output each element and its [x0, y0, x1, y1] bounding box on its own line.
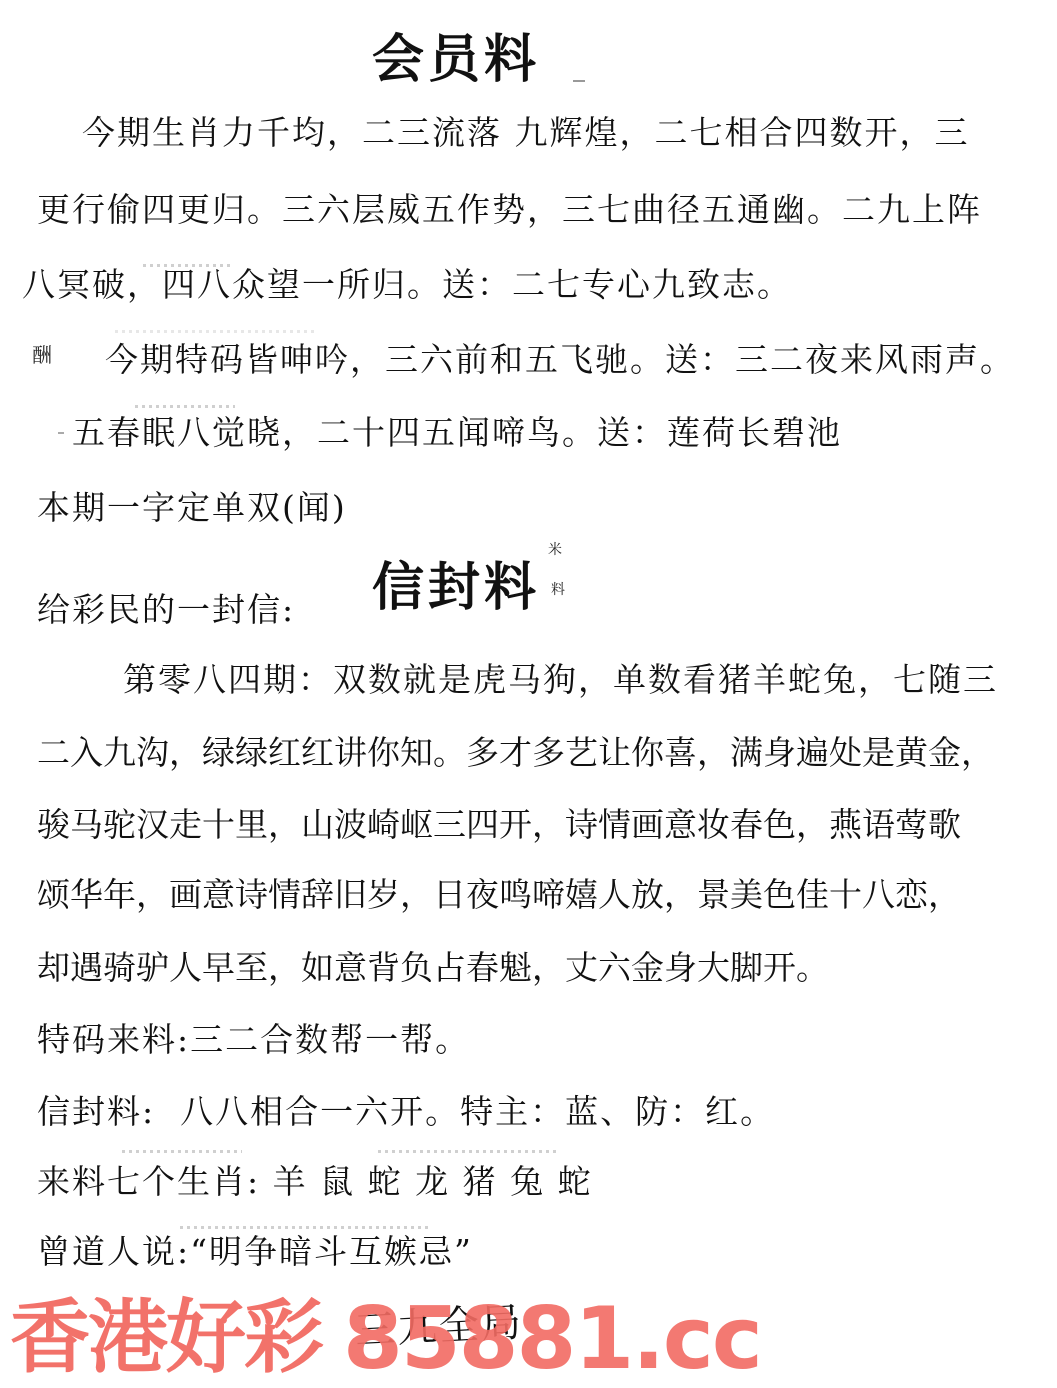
item-value: 八八相合一六开。特主：蓝、防：红。	[180, 1092, 775, 1131]
item-label: 特码来料:	[37, 1020, 190, 1059]
scan-artifact-dots	[115, 330, 315, 333]
item-special-code: 特码来料:三二合数帮一帮。	[37, 1020, 470, 1060]
document-page: 会员料 今期生肖力千均，二三流落 九辉煌，二七相合四数开，三 更行偷四更归。三六…	[0, 0, 1057, 1388]
letter-section-title: 信封料	[372, 558, 540, 618]
item-value: 羊 鼠 蛇 龙 猪 兔 蛇	[273, 1162, 593, 1201]
watermark-domain: 85881.cc	[343, 1296, 761, 1382]
member-line-5: 五春眠八觉晓，二十四五闻啼鸟。送：莲荷长碧池	[72, 413, 842, 453]
member-line-2: 更行偷四更归。三六层威五作势，三七曲径五通幽。二九上阵	[37, 190, 982, 230]
scan-artifact-dash	[58, 432, 64, 434]
member-line-6: 本期一字定单双(闻)	[37, 488, 347, 528]
title-side-mark-bottom: 料	[551, 583, 565, 597]
margin-fragment: 酬	[32, 348, 52, 362]
letter-label: 给彩民的一封信:	[37, 590, 295, 630]
member-line-3: 八冥破，四八众望一所归。送：二七专心九致志。	[22, 265, 792, 305]
watermark-site-name: 香港好彩	[10, 1298, 322, 1378]
scan-artifact-dots	[135, 405, 235, 408]
item-label: 来料七个生肖:	[37, 1162, 260, 1201]
letter-paragraph-line-5: 却遇骑驴人早至，如意背负占春魁，丈六金身大脚开。	[37, 948, 829, 988]
letter-paragraph-line-1: 第零八四期：双数就是虎马狗，单数看猪羊蛇兔，七随三	[123, 660, 998, 700]
letter-paragraph-line-2: 二入九沟，绿绿红红讲你知。多才多艺让你喜，满身遍处是黄金，	[37, 733, 994, 773]
item-zodiacs: 来料七个生肖: 羊 鼠 蛇 龙 猪 兔 蛇	[37, 1162, 593, 1202]
title-side-mark-top: 米	[548, 543, 562, 557]
scan-artifact-dots	[122, 1150, 242, 1153]
member-line-1: 今期生肖力千均，二三流落 九辉煌，二七相合四数开，三	[82, 113, 970, 153]
letter-paragraph-line-4: 颂华年，画意诗情辞旧岁，日夜鸣啼嬉人放，景美色佳十八恋，	[37, 875, 961, 915]
scan-artifact-dots	[180, 1226, 430, 1229]
item-value: 三二合数帮一帮。	[190, 1020, 470, 1059]
item-value: “明争暗斗互嫉忌”	[190, 1232, 473, 1271]
item-envelope: 信封料: 八八相合一六开。特主：蓝、防：红。	[37, 1092, 775, 1132]
item-label: 信封料:	[37, 1092, 155, 1131]
member-line-4: 今期特码皆呻吟，三六前和五飞驰。送：三二夜来风雨声。	[105, 340, 1015, 380]
item-label: 曾道人说:	[37, 1232, 190, 1271]
letter-paragraph-line-3: 骏马驼汉走十里，山波崎岖三四开，诗情画意妆春色，燕语莺歌	[37, 805, 961, 845]
member-section-title: 会员料	[372, 30, 540, 90]
scan-artifact-dots	[378, 1150, 558, 1153]
scan-artifact-dash	[573, 80, 585, 82]
item-sage-says: 曾道人说:“明争暗斗互嫉忌”	[37, 1232, 473, 1272]
